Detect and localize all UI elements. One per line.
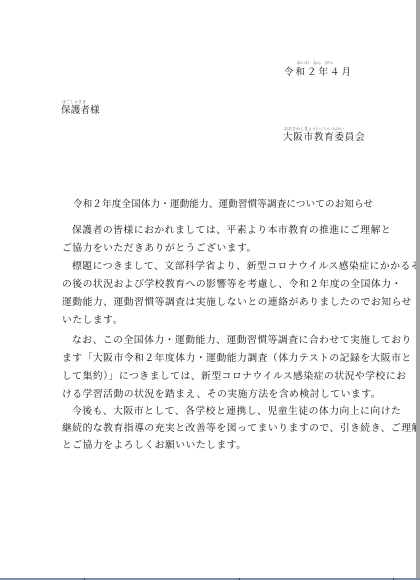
paragraph-3-line-4: ける学習活動の状況を踏まえ、その実施方法を含め検討しています。 [62,389,381,401]
document-page: れいわ ねん がつ 令和２年４月 ほごしゃさま 保護者様 おおさかしきょういくい… [0,0,416,578]
addressee: 保護者様 [61,105,100,117]
document-date: 令和２年４月 [284,67,353,79]
paragraph-2-line-2: の後の状況および学校教育への影響等を考慮し、令和２年度の全国体力・ [62,279,402,291]
paragraph-2-line-3: 運動能力、運動習慣等調査は実施しないとの連絡がありましたのでお知らせ [62,297,412,309]
date-ruby: れいわ ねん がつ [297,60,333,66]
paragraph-1-line-2: ご協力をいただきありがとうございます。 [62,243,257,255]
document-title: 令和２年度全国体力・運動能力、運動習慣等調査についてのお知らせ [73,199,373,211]
paragraph-2-line-4: いたします。 [62,315,123,327]
sender: 大阪市教育委員会 [283,132,365,144]
paragraph-4-line-1: 今後も、大阪市として、各学校と連携し、児童生徒の体力向上に向けた [72,406,401,418]
paragraph-3-line-3: して集約）」につきましては、新型コロナウイルス感染症の状況や学校にお [62,371,406,383]
paragraph-2-line-1: 標題につきまして、文部科学省より、新型コロナウイルス感染症にかかるそ [72,261,420,273]
paragraph-4-line-3: とご協力をよろしくお願いいたします。 [62,440,247,452]
paragraph-4-line-2: 継続的な教育指導の充実と改善等を図ってまいりますので、引き続き、ご理解 [62,423,420,435]
vertical-scrollbar[interactable] [416,0,420,580]
paragraph-3-line-2: ます「大阪市令和２年度体力・運動能力調査（体力テストの記録を大阪市と [62,353,412,365]
paragraph-1-line-1: 保護者の皆様におかれましては、平素より本市教育の推進にご理解と [72,225,391,237]
paragraph-3-line-1: なお、この全国体力・運動能力、運動習慣等調査に合わせて実施しており [72,335,412,347]
